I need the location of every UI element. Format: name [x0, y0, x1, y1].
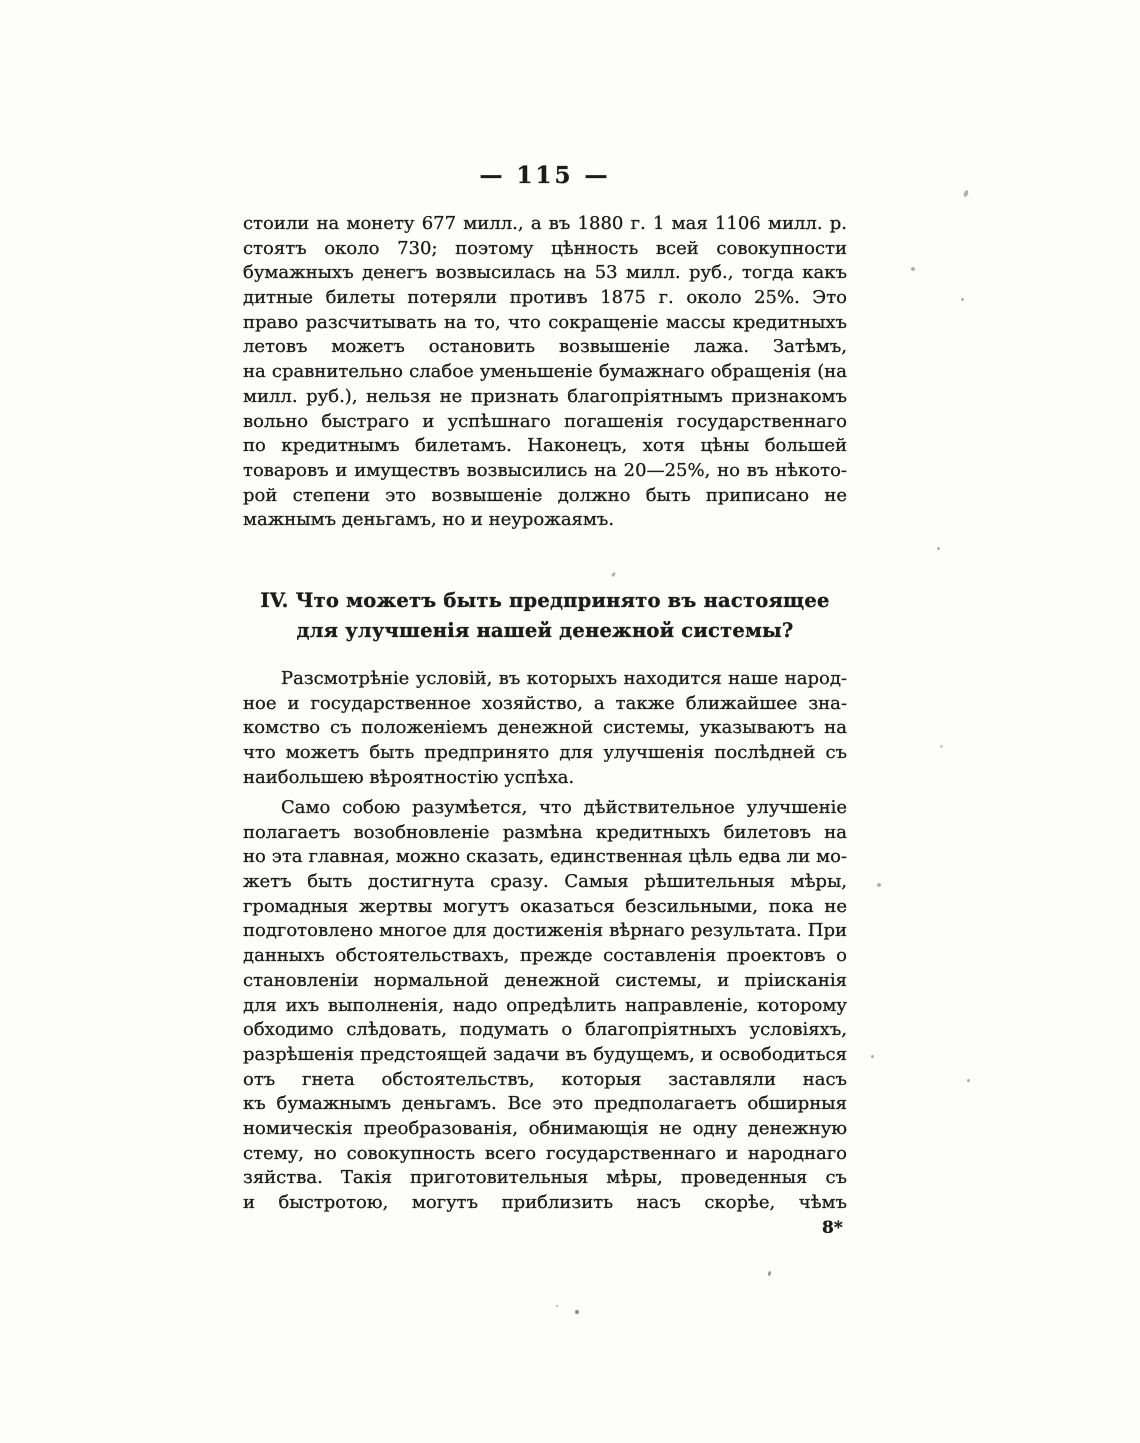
scan-speck: [937, 547, 940, 550]
text-line: къ бумажнымъ деньгамъ. Все это предполаг…: [243, 1092, 847, 1117]
text-line: право разсчитывать на то, что сокращеніе…: [243, 311, 847, 336]
book-page-scan: — 115 — стоили на монету 677 милл., а въ…: [0, 0, 1140, 1443]
text-line: рой степени это возвышеніе должно быть п…: [243, 484, 847, 509]
scan-speck: [877, 883, 881, 887]
scan-speck: [967, 1079, 970, 1082]
signature-mark: 8*: [822, 1218, 843, 1238]
text-line: бумажныхъ денегъ возвысилась на 53 милл.…: [243, 261, 847, 286]
text-line: стоятъ около 730; поэтому цѣнность всей …: [243, 237, 847, 262]
scan-speck: [575, 1310, 579, 1314]
scan-speck: [961, 298, 964, 301]
paragraph-continuation: стоили на монету 677 милл., а въ 1880 г.…: [243, 212, 847, 533]
text-line: на сравнительно слабое уменьшеніе бумажн…: [243, 360, 847, 385]
text-line: становленіи нормальной денежной системы,…: [243, 969, 847, 994]
text-line: дитные билеты потеряли противъ 1875 г. о…: [243, 286, 847, 311]
text-line: громадныя жертвы могутъ оказаться безсил…: [243, 895, 847, 920]
text-line: зяйства. Такія приготовительныя мѣры, пр…: [243, 1166, 847, 1191]
scan-speck: [611, 572, 616, 578]
section-heading: IV. Что можетъ быть предпринято въ насто…: [243, 586, 847, 646]
scan-speck: [911, 267, 915, 271]
scan-speck: [940, 745, 943, 748]
text-line: комство съ положеніемъ денежной системы,…: [243, 716, 847, 741]
text-line: стему, но совокупность всего государстве…: [243, 1142, 847, 1167]
text-line: по кредитнымъ билетамъ. Наконецъ, хотя ц…: [243, 434, 847, 459]
text-line: для ихъ выполненія, надо опредѣлить напр…: [243, 994, 847, 1019]
text-line: жетъ быть достигнута сразу. Самыя рѣшите…: [243, 870, 847, 895]
text-line: стоили на монету 677 милл., а въ 1880 г.…: [243, 212, 847, 237]
text-line: IV. Что можетъ быть предпринято въ насто…: [243, 586, 847, 616]
scan-speck: [963, 190, 969, 198]
text-line: полагаетъ возобновленіе размѣна кредитны…: [243, 821, 847, 846]
scan-speck: [871, 1055, 874, 1058]
text-line: отъ гнета обстоятельствъ, которыя застав…: [243, 1068, 847, 1093]
text-line: что можетъ быть предпринято для улучшені…: [243, 741, 847, 766]
text-line: для улучшенія нашей денежной системы?: [243, 616, 847, 646]
text-line: подготовлено многое для достиженія вѣрна…: [243, 919, 847, 944]
paragraph-2: Разсмотрѣніе условій, въ которыхъ находи…: [243, 667, 847, 790]
text-line: и быстротою, могутъ приблизить насъ скор…: [243, 1191, 847, 1216]
paragraph-3: Само собою разумѣется, что дѣйствительно…: [243, 796, 847, 1216]
scan-speck: [767, 1271, 771, 1277]
text-line: Разсмотрѣніе условій, въ которыхъ находи…: [243, 667, 847, 692]
text-line: номическія преобразованія, обнимающія не…: [243, 1117, 847, 1142]
text-line: Само собою разумѣется, что дѣйствительно…: [243, 796, 847, 821]
text-line: разрѣшенія предстоящей задачи въ будущем…: [243, 1043, 847, 1068]
text-line: но эта главная, можно сказать, единствен…: [243, 845, 847, 870]
page-number: — 115 —: [243, 162, 847, 189]
text-line: вольно быстраго и успѣшнаго погашенія го…: [243, 410, 847, 435]
text-line: мажнымъ деньгамъ, но и неурожаямъ.: [243, 508, 847, 533]
text-line: наибольшею вѣроятностію успѣха.: [243, 766, 847, 791]
text-line: обходимо слѣдовать, подумать о благопрія…: [243, 1018, 847, 1043]
scan-speck: [556, 1305, 558, 1307]
text-line: данныхъ обстоятельствахъ, прежде составл…: [243, 944, 847, 969]
text-line: товаровъ и имуществъ возвысились на 20—2…: [243, 459, 847, 484]
text-line: летовъ можетъ остановить возвышеніе лажа…: [243, 335, 847, 360]
text-line: милл. руб.), нельзя не признать благопрі…: [243, 385, 847, 410]
text-line: ное и государственное хозяйство, а также…: [243, 692, 847, 717]
